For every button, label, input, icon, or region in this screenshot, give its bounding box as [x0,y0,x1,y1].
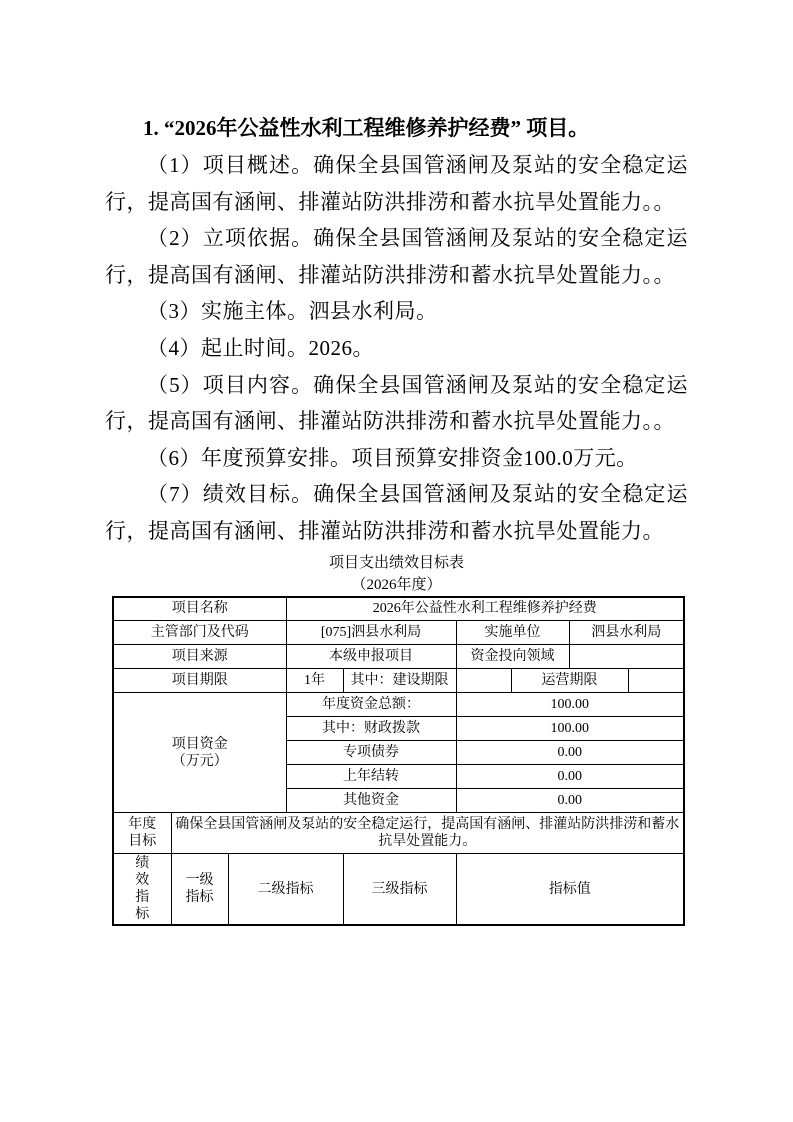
cell-project-funds-label: 项目资金 （万元） [113,693,286,813]
performance-target-table: 项目名称 2026年公益性水利工程维修养护经费 主管部门及代码 [075]泗县水… [112,596,685,927]
cell-project-source-value: 本级申报项目 [286,645,456,669]
cell-indicator-value-header: 指标值 [456,854,684,926]
cell-level3-indicator-header: 三级指标 [343,854,456,926]
cell-dept-code-value: [075]泗县水利局 [286,621,456,645]
table-row: 主管部门及代码 [075]泗县水利局 实施单位 泗县水利局 [113,621,684,645]
cell-fund-item-value: 100.00 [456,693,684,717]
paragraph-overview: （1）项目概述。确保全县国管涵闸及泵站的安全稳定运行，提高国有涵闸、排灌站防洪排… [105,147,688,220]
cell-project-source-label: 项目来源 [113,645,286,669]
cell-run-period-value [628,669,684,693]
paragraph-timeframe: （4）起止时间。2026。 [105,330,688,367]
table-row: 绩 效 指 标 一级 指标 二级指标 三级指标 指标值 [113,854,684,926]
table-row: 项目期限 1年 其中：建设期限 运营期限 [113,669,684,693]
cell-fund-item-value: 0.00 [456,741,684,765]
cell-fund-item-value: 100.00 [456,717,684,741]
cell-annual-goal-text: 确保全县国管涵闸及泵站的安全稳定运行，提高国有涵闸、排灌站防洪排涝和蓄水抗旱处置… [171,813,684,854]
section-title: 1. “2026年公益性水利工程维修养护经费” 项目。 [105,110,688,147]
cell-fund-item-name: 其他资金 [286,789,456,813]
paragraph-budget: （6）年度预算安排。项目预算安排资金100.0万元。 [105,440,688,477]
table-row: 年度 目标 确保全县国管涵闸及泵站的安全稳定运行，提高国有涵闸、排灌站防洪排涝和… [113,813,684,854]
cell-impl-unit-value: 泗县水利局 [569,621,684,645]
table-row: 项目资金 （万元） 年度资金总额： 100.00 [113,693,684,717]
cell-fund-item-value: 0.00 [456,765,684,789]
table-title: 项目支出绩效目标表 [105,552,688,574]
cell-run-period-label: 运营期限 [511,669,628,693]
cell-fund-item-name: 专项债券 [286,741,456,765]
cell-fund-item-name: 上年结转 [286,765,456,789]
table-subtitle: （2026年度） [105,574,688,596]
cell-level1-indicator-header: 一级 指标 [171,854,228,926]
paragraph-basis: （2）立项依据。确保全县国管涵闸及泵站的安全稳定运行，提高国有涵闸、排灌站防洪排… [105,220,688,293]
cell-fund-item-name: 其中：财政拨款 [286,717,456,741]
table-row: 项目名称 2026年公益性水利工程维修养护经费 [113,597,684,621]
cell-duration-value: 1年 [286,669,343,693]
cell-duration-label: 项目期限 [113,669,286,693]
cell-perf-indicator-label: 绩 效 指 标 [113,854,171,926]
cell-fund-field-value [569,645,684,669]
cell-build-period-value [456,669,511,693]
cell-annual-goal-label: 年度 目标 [113,813,171,854]
paragraph-performance-goal: （7）绩效目标。确保全县国管涵闸及泵站的安全稳定运行，提高国有涵闸、排灌站防洪排… [105,476,688,549]
cell-level2-indicator-header: 二级指标 [228,854,343,926]
document-page: 1. “2026年公益性水利工程维修养护经费” 项目。 （1）项目概述。确保全县… [0,0,793,1122]
document-content: 1. “2026年公益性水利工程维修养护经费” 项目。 （1）项目概述。确保全县… [105,110,688,926]
cell-dept-code-label: 主管部门及代码 [113,621,286,645]
cell-fund-item-name: 年度资金总额： [286,693,456,717]
paragraph-implementer: （3）实施主体。泗县水利局。 [105,293,688,330]
cell-impl-unit-label: 实施单位 [456,621,569,645]
cell-project-name-value: 2026年公益性水利工程维修养护经费 [286,597,684,621]
table-row: 项目来源 本级申报项目 资金投向领域 [113,645,684,669]
cell-fund-field-label: 资金投向领域 [456,645,569,669]
cell-build-period-label: 其中：建设期限 [343,669,456,693]
cell-project-name-label: 项目名称 [113,597,286,621]
cell-fund-item-value: 0.00 [456,789,684,813]
paragraph-content: （5）项目内容。确保全县国管涵闸及泵站的安全稳定运行，提高国有涵闸、排灌站防洪排… [105,367,688,440]
